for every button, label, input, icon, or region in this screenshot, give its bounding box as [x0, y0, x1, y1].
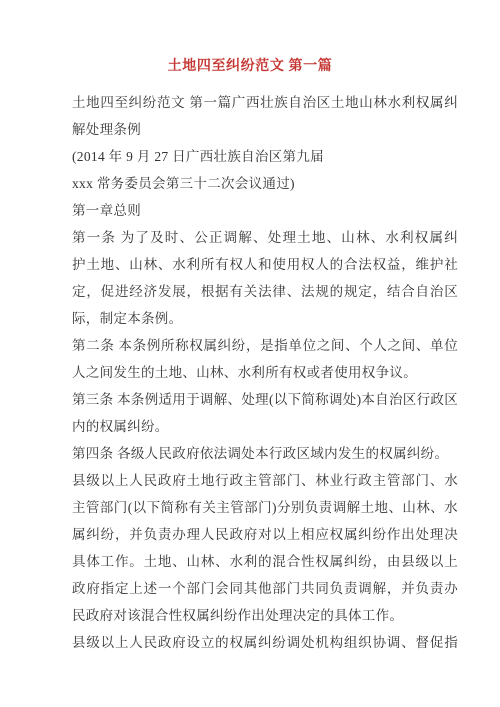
text-line: 主管部门(以下简称有关主管部门)分别负责调解土地、山林、水利权 — [72, 494, 458, 521]
text-line: 第二条 本条例所称权属纠纷，是指单位之间、个人之间、单位与个 — [72, 332, 458, 359]
text-line: 具体工作。土地、山林、水利的混合性权属纠纷，由县级以上人民 — [72, 548, 458, 575]
text-line: 第三条 本条例适用于调解、处理(以下简称调处)本自治区行政区域 — [72, 386, 458, 413]
text-line: 第一章总则 — [72, 197, 458, 224]
text-line: 政府指定上述一个部门会同其他部门共同负责调解，并负责办理人 — [72, 575, 458, 602]
text-line: 人之间发生的土地、山林、水利所有权或者使用权争议。 — [72, 359, 458, 386]
text-line: 土地四至纠纷范文 第一篇广西壮族自治区土地山林水利权属纠纷调 — [72, 89, 458, 116]
text-line: 民政府对该混合性权属纠纷作出处理决定的具体工作。 — [72, 602, 458, 629]
text-line: 定，促进经济发展，根据有关法律、法规的规定，结合自治区实 — [72, 278, 458, 305]
document-page: 土地四至纠纷范文 第一篇 土地四至纠纷范文 第一篇广西壮族自治区土地山林水利权属… — [0, 0, 500, 707]
text-line: 解处理条例 — [72, 116, 458, 143]
text-line: 第一条 为了及时、公正调解、处理土地、山林、水利权属纠纷，保 — [72, 224, 458, 251]
text-line: 内的权属纠纷。 — [72, 413, 458, 440]
text-line: 县级以上人民政府设立的权属纠纷调处机构组织协调、督促指导权 — [72, 629, 458, 656]
document-body: 土地四至纠纷范文 第一篇广西壮族自治区土地山林水利权属纠纷调 解处理条例 (20… — [72, 89, 458, 656]
text-line: 护土地、山林、水利所有权人和使用权人的合法权益，维护社会稳 — [72, 251, 458, 278]
text-line: (2014 年 9 月 27 日广西壮族自治区第九届 — [72, 143, 458, 170]
text-line: 际，制定本条例。 — [72, 305, 458, 332]
text-line: xxx 常务委员会第三十二次会议通过) — [72, 170, 458, 197]
text-line: 属纠纷，并负责办理人民政府对以上相应权属纠纷作出处理决定的 — [72, 521, 458, 548]
text-line: 县级以上人民政府土地行政主管部门、林业行政主管部门、水行政 — [72, 467, 458, 494]
document-title: 土地四至纠纷范文 第一篇 — [0, 0, 500, 76]
text-line: 第四条 各级人民政府依法调处本行政区域内发生的权属纠纷。 — [72, 440, 458, 467]
